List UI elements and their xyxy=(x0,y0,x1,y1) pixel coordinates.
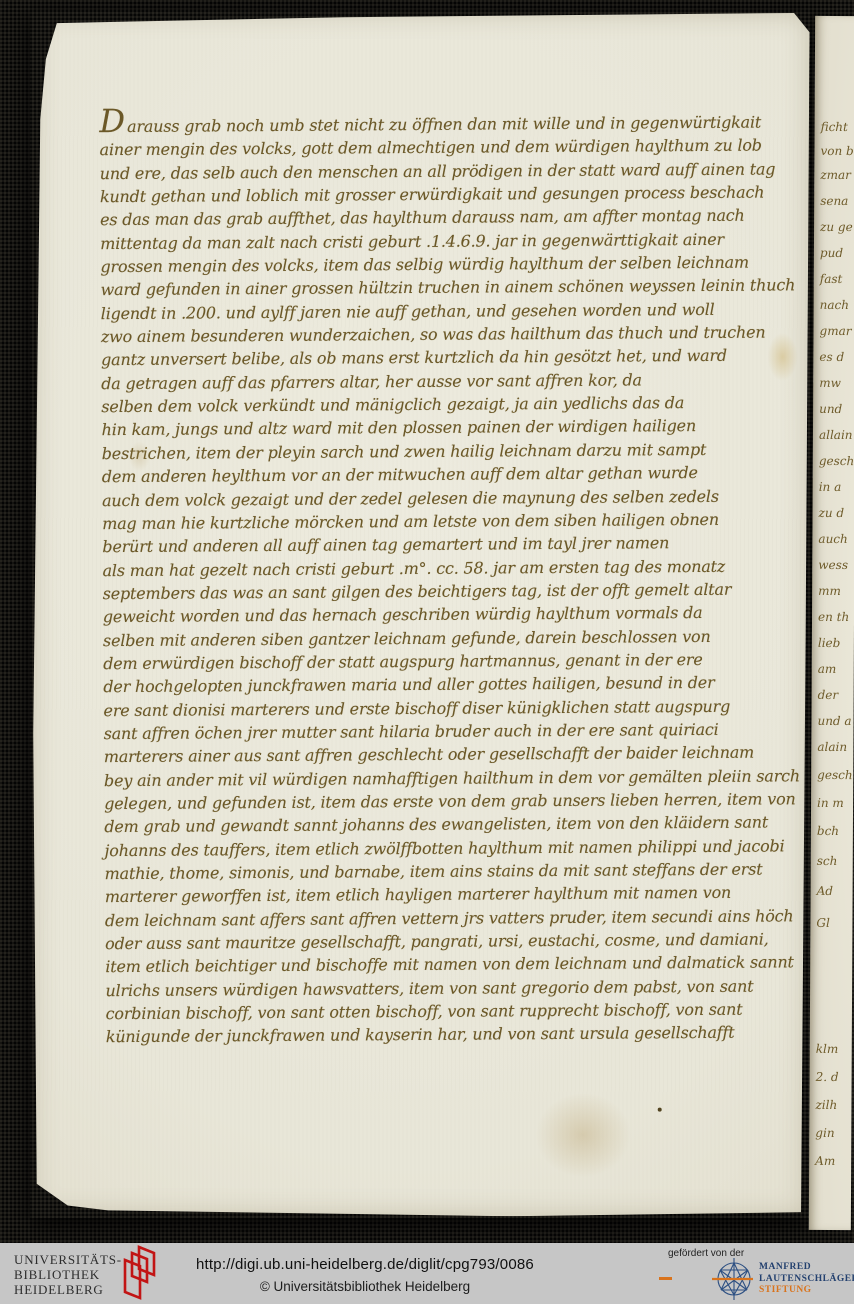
paper-stain xyxy=(128,441,150,471)
marginal-text-fragment: zilh xyxy=(815,1098,837,1112)
marginal-text-fragment: en th xyxy=(818,610,849,624)
marginal-text-fragment: geschr xyxy=(819,454,854,468)
marginal-text-fragment: mw xyxy=(819,376,841,390)
marginal-text-fragment: es d xyxy=(819,350,844,364)
paper-stain xyxy=(536,1092,631,1177)
foundation-name-line: STIFTUNG xyxy=(759,1285,854,1297)
foundation-name-line: MANFRED xyxy=(759,1262,854,1274)
marginal-text-fragment: klm xyxy=(816,1042,839,1056)
marginal-text-fragment: der xyxy=(818,688,839,702)
manuscript-text-block: Darauss grab noch umb stet nicht zu öffn… xyxy=(99,105,806,1049)
marginal-text-fragment: bch xyxy=(817,824,839,838)
caption-bar: UNIVERSITÄTS- BIBLIOTHEK HEIDELBERG http… xyxy=(0,1243,854,1304)
manuscript-line: gantz unversert belibe, als ob mans erst… xyxy=(101,344,801,372)
marginal-text-fragment: zmar xyxy=(820,168,851,182)
black-cloth-background: Darauss grab noch umb stet nicht zu öffn… xyxy=(0,0,854,1243)
adjacent-page-edge: fichtvon bzmarsenazu gepudfastnachgmares… xyxy=(809,16,854,1230)
orange-dash-decoration xyxy=(659,1277,672,1280)
foundation-name: MANFRED LAUTENSCHLÄGER STIFTUNG xyxy=(759,1262,854,1297)
marginal-text-fragment: mm xyxy=(818,584,841,598)
marginal-text-fragment: von b xyxy=(820,144,853,158)
marginal-text-fragment: in m xyxy=(817,796,844,810)
marginal-text-fragment: auch xyxy=(818,532,847,546)
marginal-text-fragment: und a xyxy=(817,714,851,728)
manuscript-page: Darauss grab noch umb stet nicht zu öffn… xyxy=(30,11,809,1217)
digitized-manuscript-view: Darauss grab noch umb stet nicht zu öffn… xyxy=(0,0,854,1304)
marginal-text-fragment: zu ge xyxy=(820,220,853,234)
marginal-text-fragment: Ad xyxy=(817,884,833,898)
source-url: http://digi.ub.uni-heidelberg.de/diglit/… xyxy=(0,1256,730,1273)
marginal-text-fragment: fast xyxy=(820,272,843,286)
marginal-text-fragment: und xyxy=(819,402,842,416)
marginal-text-fragment: in a xyxy=(819,480,842,494)
marginal-text-fragment: Gl xyxy=(816,916,830,930)
marginal-text-fragment: alain xyxy=(817,740,847,754)
ink-blot xyxy=(658,1108,662,1112)
copyright-notice: © Universitätsbibliothek Heidelberg xyxy=(0,1279,730,1294)
marginal-text-fragment: Am xyxy=(815,1154,835,1168)
marginal-text-fragment: zu d xyxy=(819,506,845,520)
marginal-text-fragment: ficht xyxy=(821,120,848,134)
paper-stain xyxy=(768,333,798,381)
marginal-text-fragment: allain xyxy=(819,428,853,442)
marginal-text-fragment: sena xyxy=(820,194,848,208)
marginal-text-fragment: lieb xyxy=(818,636,841,650)
foundation-name-line: LAUTENSCHLÄGER xyxy=(759,1274,854,1286)
marginal-text-fragment: sch xyxy=(817,854,838,868)
marginal-text-fragment: wess xyxy=(818,558,848,572)
marginal-text-fragment: am xyxy=(818,662,837,676)
manuscript-line: künigunde der junckfrawen und kayserin h… xyxy=(106,1021,806,1049)
marginal-text-fragment: 2. d xyxy=(816,1070,839,1084)
marginal-text-fragment: nach xyxy=(820,298,849,312)
marginal-text-fragment: gesch xyxy=(817,768,852,782)
marginal-text-fragment: gin xyxy=(815,1126,834,1140)
lautenschlaeger-logo-icon xyxy=(711,1256,757,1302)
marginal-text-fragment: pud xyxy=(820,246,843,260)
marginal-text-fragment: gmar xyxy=(819,324,851,338)
